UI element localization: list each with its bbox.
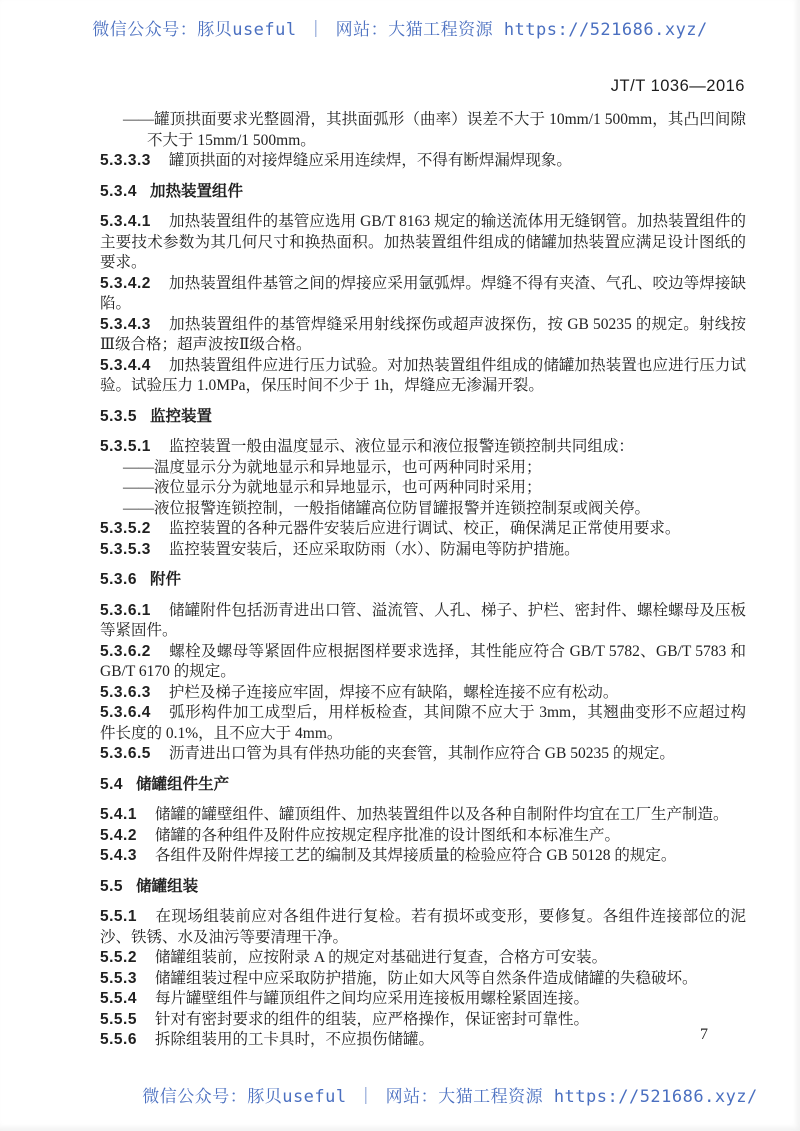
clause-number: 5.5.6 <box>100 1031 137 1048</box>
watermark-bottom: 微信公众号：豚贝useful ｜ 网站：大猫工程资源 https://52168… <box>100 1082 800 1107</box>
heading-text: 加热装置组件 <box>150 183 243 200</box>
clause-5-3-4-4: 5.3.4.4加热装置组件应进行压力试验。对加热装置组件组成的储罐加热装置也应进… <box>100 356 746 397</box>
clause-5-3-4-1: 5.3.4.1加热装置组件的基管应选用 GB/T 8163 规定的输送流体用无缝… <box>100 212 746 274</box>
clause-5-4-1: 5.4.1储罐的罐壁组件、罐顶组件、加热装置组件以及各种自制附件均宜在工厂生产制… <box>100 805 746 826</box>
clause-5-4-3: 5.4.3各组件及附件焊接工艺的编制及其焊接质量的检验应符合 GB 50128 … <box>100 846 746 867</box>
list-item: ——液位显示分为就地显示和异地显示，也可两种同时采用； <box>100 478 746 499</box>
list-item-text: ——液位报警连锁控制，一般指储罐高位防冒罐报警并连锁控制泵或阀关停。 <box>123 500 650 517</box>
heading-number: 5.3.5 <box>100 408 137 425</box>
clause-text: 罐顶拱面的对接焊缝应采用连续焊，不得有断焊漏焊现象。 <box>169 152 572 169</box>
clause-text: 针对有密封要求的组件的组装，应严格操作，保证密封可靠性。 <box>155 1011 589 1028</box>
clause-text: 拆除组装用的工卡具时，不应损伤储罐。 <box>155 1031 434 1048</box>
list-item: ——罐顶拱面要求光整圆滑，其拱面弧形（曲率）误差不大于 10mm/1 500mm… <box>100 110 746 151</box>
clause-number: 5.3.5.3 <box>100 541 151 558</box>
clause-5-3-3-3: 5.3.3.3罐顶拱面的对接焊缝应采用连续焊，不得有断焊漏焊现象。 <box>100 151 746 172</box>
clause-5-3-5-1: 5.3.5.1监控装置一般由温度显示、液位显示和液位报警连锁控制共同组成： <box>100 437 746 458</box>
clause-number: 5.3.4.4 <box>100 357 151 374</box>
clause-number: 5.4.2 <box>100 827 137 844</box>
clause-text: 储罐组装过程中应采取防护措施，防止如大风等自然条件造成储罐的失稳破坏。 <box>155 970 698 987</box>
list-item: ——液位报警连锁控制，一般指储罐高位防冒罐报警并连锁控制泵或阀关停。 <box>100 499 746 520</box>
clause-text: 每片罐壁组件与罐顶组件之间均应采用连接板用螺栓紧固连接。 <box>155 990 589 1007</box>
page-number: 7 <box>700 1026 708 1044</box>
clause-number: 5.3.3.3 <box>100 152 151 169</box>
clause-5-5-2: 5.5.2储罐组装前，应按附录 A 的规定对基础进行复查，合格方可安装。 <box>100 948 746 969</box>
clause-number: 5.3.6.4 <box>100 704 151 721</box>
heading-text: 储罐组装 <box>136 878 198 895</box>
heading-number: 5.5 <box>100 878 123 895</box>
clause-5-3-6-5: 5.3.6.5沥青进出口管为具有伴热功能的夹套管，其制作应符合 GB 50235… <box>100 744 746 765</box>
clause-number: 5.3.6.1 <box>100 602 151 619</box>
clause-text: 弧形构件加工成型后，用样板检查，其间隙不应大于 3mm，其翘曲变形不应超过构件长… <box>100 704 746 742</box>
clause-number: 5.5.1 <box>100 908 137 925</box>
clause-5-5-3: 5.5.3储罐组装过程中应采取防护措施，防止如大风等自然条件造成储罐的失稳破坏。 <box>100 969 746 990</box>
heading-number: 5.4 <box>100 776 123 793</box>
clause-text: 各组件及附件焊接工艺的编制及其焊接质量的检验应符合 GB 50128 的规定。 <box>155 847 676 864</box>
clause-number: 5.5.2 <box>100 949 137 966</box>
clause-text: 监控装置的各种元器件安装后应进行调试、校正，确保满足正常使用要求。 <box>169 520 681 537</box>
clause-5-5-6: 5.5.6拆除组装用的工卡具时，不应损伤储罐。 <box>100 1030 746 1051</box>
section-heading-5-5: 5.5储罐组装 <box>100 877 746 898</box>
heading-text: 监控装置 <box>150 408 212 425</box>
clause-5-3-4-3: 5.3.4.3加热装置组件的基管焊缝采用射线探伤或超声波探伤，按 GB 5023… <box>100 315 746 356</box>
clause-number: 5.4.3 <box>100 847 137 864</box>
section-heading-5-3-6: 5.3.6附件 <box>100 570 746 591</box>
clause-5-3-5-2: 5.3.5.2监控装置的各种元器件安装后应进行调试、校正，确保满足正常使用要求。 <box>100 519 746 540</box>
clause-number: 5.3.6.2 <box>100 643 151 660</box>
clause-5-4-2: 5.4.2储罐的各种组件及附件应按规定程序批准的设计图纸和本标准生产。 <box>100 826 746 847</box>
clause-text: 储罐的各种组件及附件应按规定程序批准的设计图纸和本标准生产。 <box>155 827 620 844</box>
heading-text: 附件 <box>150 571 181 588</box>
clause-number: 5.3.4.2 <box>100 275 151 292</box>
clause-5-3-6-4: 5.3.6.4弧形构件加工成型后，用样板检查，其间隙不应大于 3mm，其翘曲变形… <box>100 703 746 744</box>
clause-text: 加热装置组件基管之间的焊接应采用氩弧焊。焊缝不得有夹渣、气孔、咬边等焊接缺陷。 <box>100 275 746 313</box>
clause-5-3-6-2: 5.3.6.2螺栓及螺母等紧固件应根据图样要求选择，其性能应符合 GB/T 57… <box>100 642 746 683</box>
heading-number: 5.3.6 <box>100 571 137 588</box>
section-heading-5-3-4: 5.3.4加热装置组件 <box>100 182 746 203</box>
clause-5-3-6-3: 5.3.6.3护栏及梯子连接应牢固，焊接不应有缺陷，螺栓连接不应有松动。 <box>100 683 746 704</box>
clause-5-3-4-2: 5.3.4.2加热装置组件基管之间的焊接应采用氩弧焊。焊缝不得有夹渣、气孔、咬边… <box>100 274 746 315</box>
doc-number: JT/T 1036—2016 <box>611 77 745 96</box>
clause-5-5-4: 5.5.4每片罐壁组件与罐顶组件之间均应采用连接板用螺栓紧固连接。 <box>100 989 746 1010</box>
clause-number: 5.5.3 <box>100 970 137 987</box>
clause-text: 监控装置一般由温度显示、液位显示和液位报警连锁控制共同组成： <box>169 438 634 455</box>
clause-text: 螺栓及螺母等紧固件应根据图样要求选择，其性能应符合 GB/T 5782、GB/T… <box>100 643 746 681</box>
clause-text: 监控装置安装后，还应采取防雨（水）、防漏电等防护措施。 <box>169 541 580 558</box>
clause-number: 5.5.5 <box>100 1011 137 1028</box>
clause-5-5-1: 5.5.1在现场组装前应对各组件进行复检。若有损坏或变形，要修复。各组件连接部位… <box>100 907 746 948</box>
list-item-text: ——温度显示分为就地显示和异地显示，也可两种同时采用； <box>123 459 542 476</box>
clause-text: 加热装置组件应进行压力试验。对加热装置组件组成的储罐加热装置也应进行压力试验。试… <box>100 357 746 395</box>
clause-text: 加热装置组件的基管焊缝采用射线探伤或超声波探伤，按 GB 50235 的规定。射… <box>100 316 746 354</box>
clause-number: 5.3.4.1 <box>100 213 151 230</box>
clause-number: 5.4.1 <box>100 806 137 823</box>
clause-text: 沥青进出口管为具有伴热功能的夹套管，其制作应符合 GB 50235 的规定。 <box>169 745 675 762</box>
list-item: ——温度显示分为就地显示和异地显示，也可两种同时采用； <box>100 458 746 479</box>
clause-number: 5.3.5.2 <box>100 520 151 537</box>
clause-number: 5.3.5.1 <box>100 438 151 455</box>
clause-text: 储罐附件包括沥青进出口管、溢流管、人孔、梯子、护栏、密封件、螺栓螺母及压板等紧固… <box>100 602 746 640</box>
clause-5-5-5: 5.5.5针对有密封要求的组件的组装，应严格操作，保证密封可靠性。 <box>100 1010 746 1031</box>
heading-text: 储罐组件生产 <box>136 776 229 793</box>
watermark-top: 微信公众号：豚贝useful ｜ 网站：大猫工程资源 https://52168… <box>0 15 800 40</box>
heading-number: 5.3.4 <box>100 183 137 200</box>
clause-text: 在现场组装前应对各组件进行复检。若有损坏或变形，要修复。各组件连接部位的泥沙、铁… <box>100 908 746 946</box>
clause-text: 加热装置组件的基管应选用 GB/T 8163 规定的输送流体用无缝钢管。加热装置… <box>100 213 746 271</box>
clause-number: 5.5.4 <box>100 990 137 1007</box>
clause-text: 护栏及梯子连接应牢固，焊接不应有缺陷，螺栓连接不应有松动。 <box>169 684 619 701</box>
list-item-text: ——液位显示分为就地显示和异地显示，也可两种同时采用； <box>123 479 542 496</box>
clause-number: 5.3.4.3 <box>100 316 151 333</box>
section-heading-5-3-5: 5.3.5监控装置 <box>100 407 746 428</box>
clause-number: 5.3.6.3 <box>100 684 151 701</box>
list-item-text: ——罐顶拱面要求光整圆滑，其拱面弧形（曲率）误差不大于 10mm/1 500mm… <box>123 111 746 149</box>
clause-5-3-6-1: 5.3.6.1储罐附件包括沥青进出口管、溢流管、人孔、梯子、护栏、密封件、螺栓螺… <box>100 601 746 642</box>
clause-number: 5.3.6.5 <box>100 745 151 762</box>
section-heading-5-4: 5.4储罐组件生产 <box>100 775 746 796</box>
clause-text: 储罐的罐壁组件、罐顶组件、加热装置组件以及各种自制附件均宜在工厂生产制造。 <box>155 806 729 823</box>
clause-text: 储罐组装前，应按附录 A 的规定对基础进行复查，合格方可安装。 <box>155 949 607 966</box>
document-body: ——罐顶拱面要求光整圆滑，其拱面弧形（曲率）误差不大于 10mm/1 500mm… <box>100 110 746 1051</box>
clause-5-3-5-3: 5.3.5.3监控装置安装后，还应采取防雨（水）、防漏电等防护措施。 <box>100 540 746 561</box>
